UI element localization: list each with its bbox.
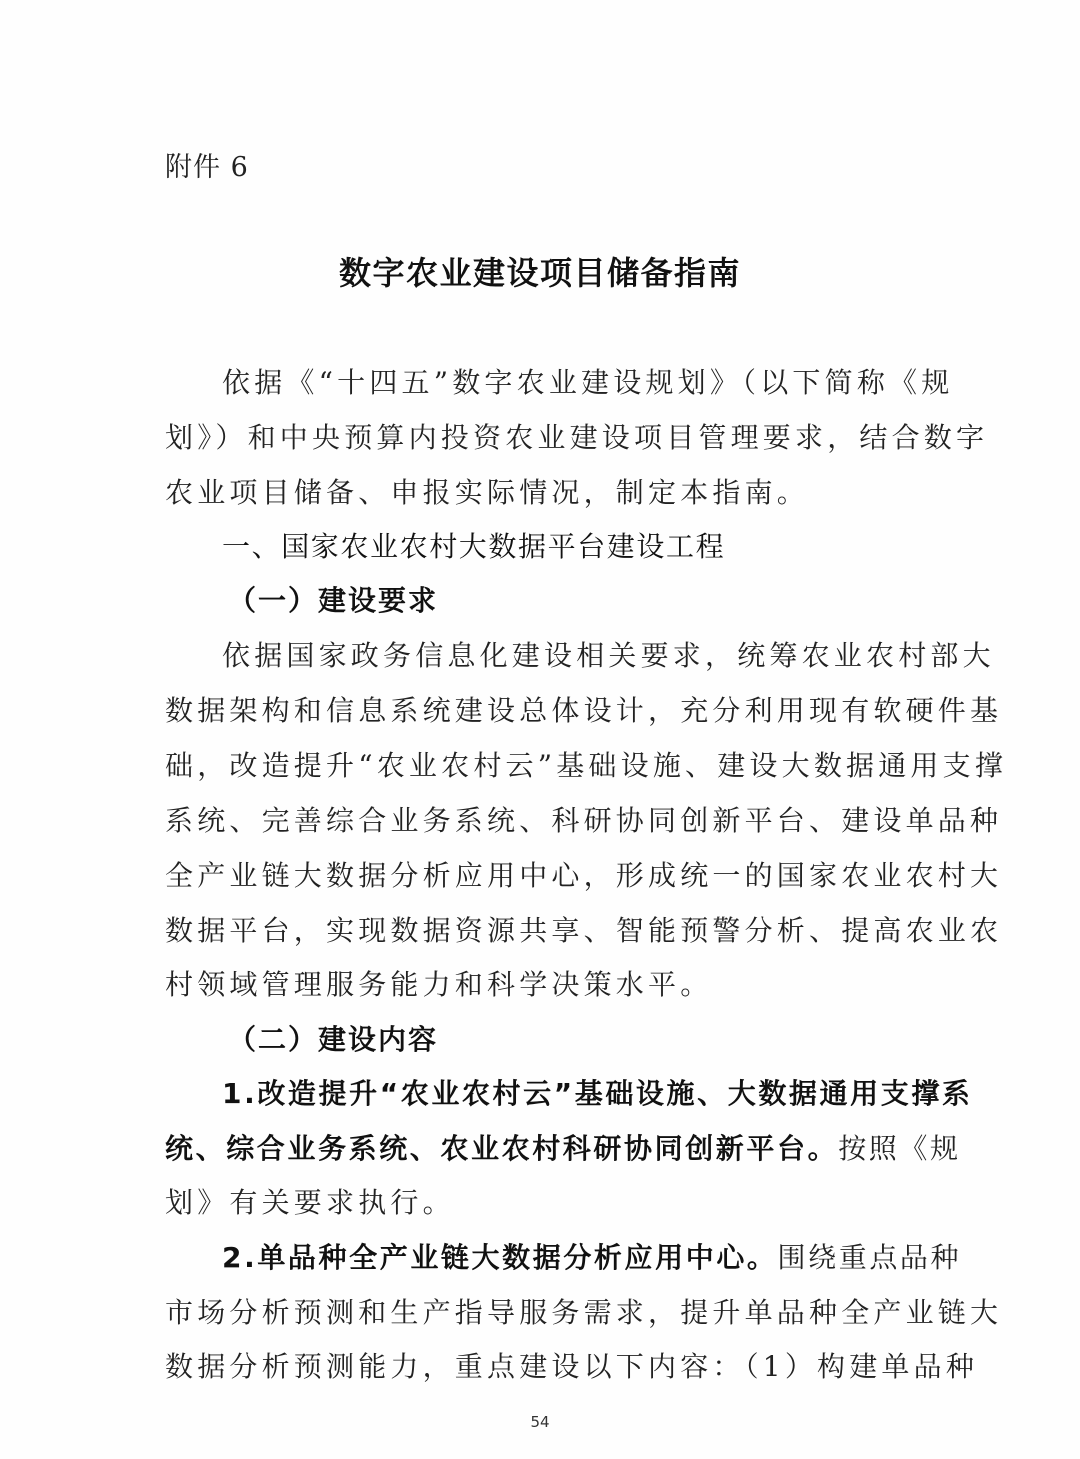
- item1-line-2: 统、综合业务系统、农业农村科研协同创新平台。按照《规: [165, 1129, 961, 1169]
- item1-line-2-bold: 统、综合业务系统、农业农村科研协同创新平台。: [165, 1132, 838, 1165]
- intro-line-1: 依据《“十四五”数字农业建设规划》（以下简称《规: [222, 363, 953, 403]
- item1-line-2-normal: 按照《规: [838, 1132, 960, 1165]
- document-title: 数字农业建设项目储备指南: [0, 250, 1080, 296]
- item1-line-3: 划》有关要求执行。: [165, 1183, 455, 1223]
- item2-line-1-bold: 2.单品种全产业链大数据分析应用中心。: [222, 1241, 778, 1274]
- page-number: 54: [0, 1412, 1080, 1432]
- item2-line-1-normal: 围绕重点品种: [778, 1241, 962, 1274]
- subsection-2-heading: （二）建设内容: [228, 1020, 438, 1060]
- sub1-line-6: 数据平台，实现数据资源共享、智能预警分析、提高农业农: [165, 911, 1002, 951]
- document-page: 附件 6 数字农业建设项目储备指南 依据《“十四五”数字农业建设规划》（以下简称…: [0, 0, 1080, 1459]
- attachment-label: 附件 6: [165, 148, 249, 188]
- item2-line-2: 市场分析预测和生产指导服务需求，提升单品种全产业链大: [165, 1293, 1002, 1333]
- item2-line-1: 2.单品种全产业链大数据分析应用中心。围绕重点品种: [222, 1238, 961, 1278]
- subsection-1-heading: （一）建设要求: [228, 581, 438, 621]
- intro-line-2: 划》）和中央预算内投资农业建设项目管理要求，结合数字: [165, 418, 988, 458]
- sub1-line-5: 全产业链大数据分析应用中心，形成统一的国家农业农村大: [165, 856, 1002, 896]
- item2-line-3: 数据分析预测能力，重点建设以下内容：（1）构建单品种: [165, 1347, 978, 1387]
- sub1-line-4: 系统、完善综合业务系统、科研协同创新平台、建设单品种: [165, 801, 1002, 841]
- sub1-line-1: 依据国家政务信息化建设相关要求，统筹农业农村部大: [222, 636, 995, 676]
- section-1-heading: 一、国家农业农村大数据平台建设工程: [222, 527, 725, 567]
- intro-line-3: 农业项目储备、申报实际情况，制定本指南。: [165, 473, 809, 513]
- sub1-line-3: 础，改造提升“农业农村云”基础设施、建设大数据通用支撑: [165, 746, 1007, 786]
- sub1-line-7: 村领域管理服务能力和科学决策水平。: [165, 965, 712, 1005]
- sub1-line-2: 数据架构和信息系统建设总体设计，充分利用现有软硬件基: [165, 691, 1002, 731]
- item1-line-1: 1.改造提升“农业农村云”基础设施、大数据通用支撑系: [222, 1074, 973, 1114]
